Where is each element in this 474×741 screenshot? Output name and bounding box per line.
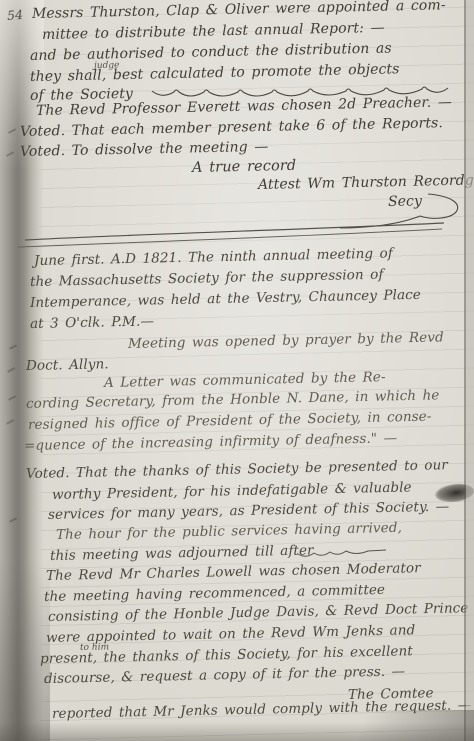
manuscript-line: and be authorised to conduct the distrib… bbox=[30, 40, 392, 64]
manuscript-line: Voted. That the thanks of this Society b… bbox=[26, 457, 448, 482]
manuscript-line: cording Secretary, from the Honble N. Da… bbox=[26, 387, 440, 412]
manuscript-line: the Massachusetts Society for the suppre… bbox=[30, 267, 384, 290]
manuscript-line: consisting of the Honble Judge Davis, & … bbox=[48, 600, 469, 625]
flourish-squiggle bbox=[296, 547, 388, 561]
bottom-shadow bbox=[0, 722, 474, 741]
manuscript-line: resigned his office of President of the … bbox=[28, 409, 432, 433]
manuscript-line: =quence of the increasing infirmity of d… bbox=[24, 430, 397, 454]
manuscript-line: mittee to distribute the last annual Rep… bbox=[42, 20, 385, 43]
manuscript-line: they shall, best calculated to promote t… bbox=[30, 61, 400, 85]
page-right-edge bbox=[466, 0, 474, 741]
manuscript-line: A Letter was communicated by the Re- bbox=[104, 369, 386, 391]
manuscript-page: 54 Messrs Thurston, Clap & Oliver were a… bbox=[0, 0, 474, 741]
page-crease bbox=[464, 0, 466, 741]
manuscript-line: Meeting was opened by prayer by the Revd bbox=[128, 329, 444, 352]
manuscript-line: discourse, & request a copy of it for th… bbox=[44, 663, 406, 687]
manuscript-line: The Revd Mr Charles Lowell was chosen Mo… bbox=[46, 560, 421, 584]
manuscript-line: worthy President, for his indefatigable … bbox=[52, 479, 412, 503]
manuscript-line: Voted. That each member present take 6 o… bbox=[20, 115, 443, 140]
manuscript-line: Messrs Thurston, Clap & Oliver were appo… bbox=[32, 0, 446, 22]
manuscript-line: the meeting having recommenced, a commit… bbox=[44, 582, 385, 605]
manuscript-line: at 3 O'clk. P.M.— bbox=[30, 313, 154, 332]
manuscript-line: The hour for the public services having … bbox=[56, 520, 402, 543]
manuscript-line: Doct. Allyn. bbox=[26, 356, 109, 374]
attestation-true-record: A true record bbox=[192, 158, 297, 176]
manuscript-line: this meeting was adjourned till after bbox=[50, 542, 314, 564]
manuscript-line: Intemperance, was held at the Vestry, Ch… bbox=[30, 287, 421, 311]
page-number: 54 bbox=[6, 7, 23, 23]
manuscript-line: Voted. To dissolve the meeting — bbox=[20, 139, 269, 160]
attestation-signature: Attest Wm Thurston Recordg bbox=[258, 172, 474, 193]
signature-flourish-and-divider-rule bbox=[0, 192, 474, 252]
